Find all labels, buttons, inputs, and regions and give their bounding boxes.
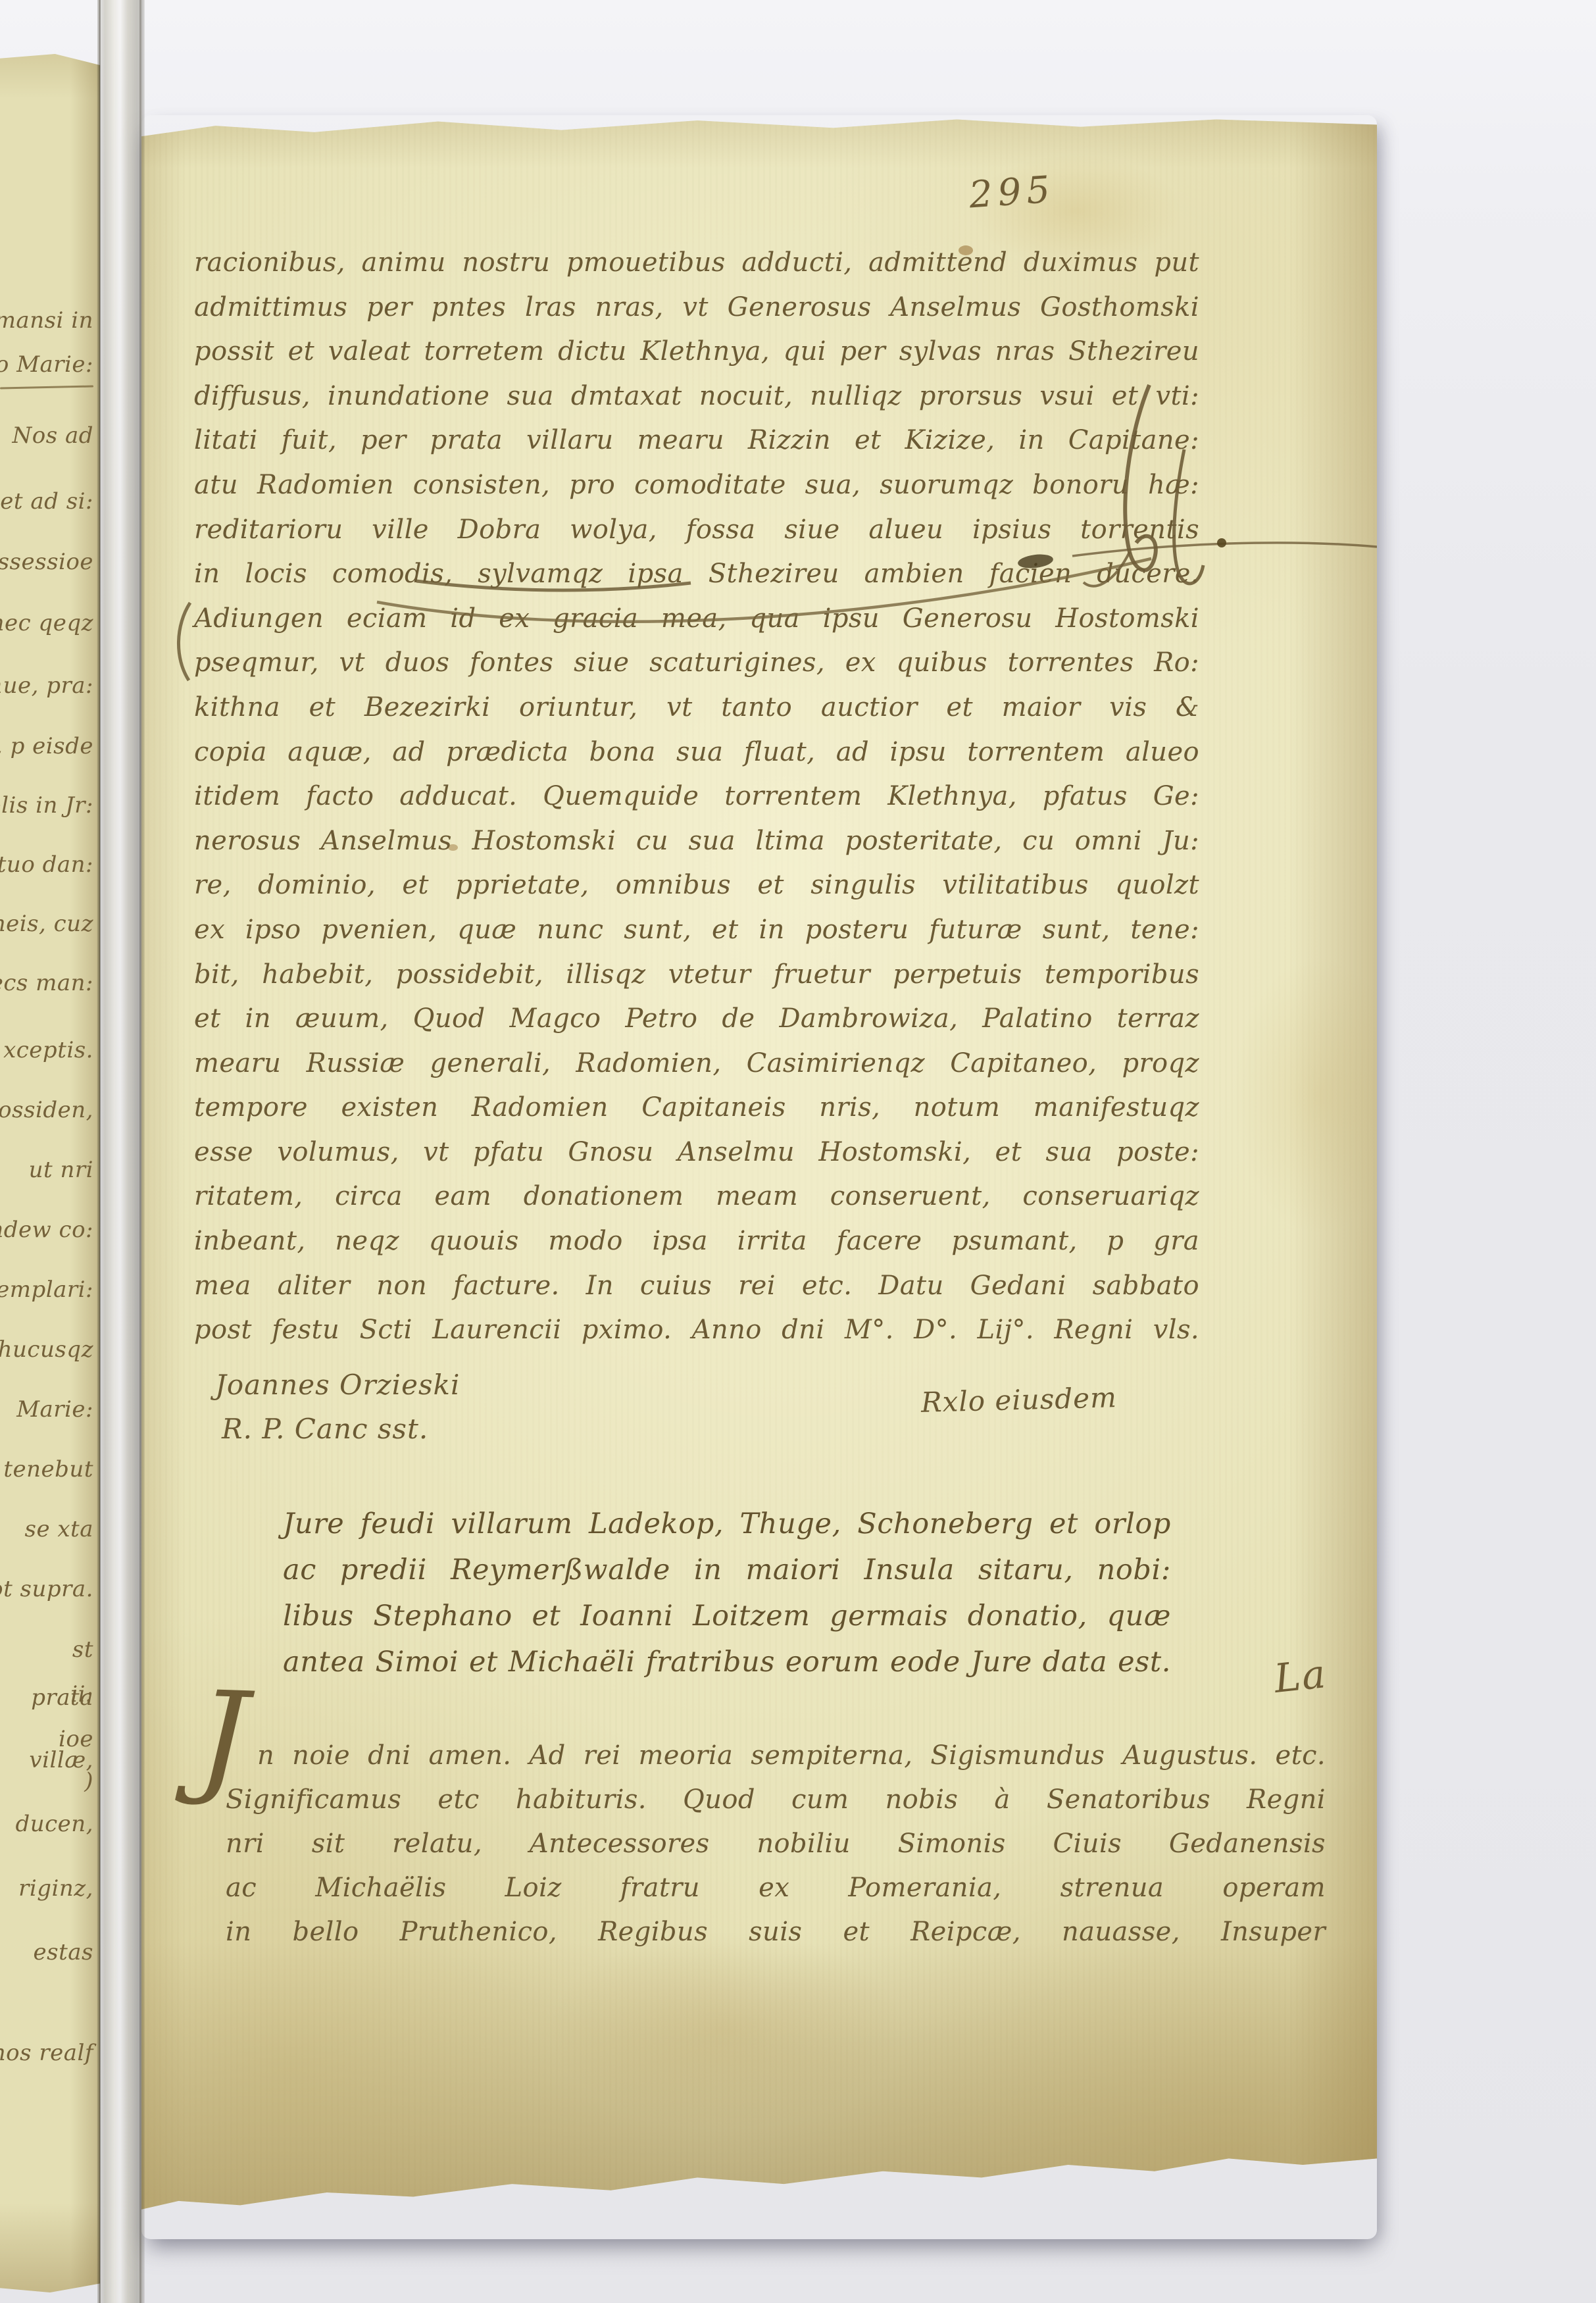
verso-fragment: st [72,1636,93,1663]
verso-fragment: tenebut [3,1456,93,1482]
charter-text-line: racionibus, animu nostru pmouetibus addu… [194,241,1199,286]
summary-heading-line: antea Simoi et Michaëli fratribus eorum … [283,1640,1171,1686]
verso-fragment: prata [31,1684,93,1711]
gutter-film-strip [97,0,145,2303]
verso-fragment: se xta [25,1516,94,1542]
verso-fragment: neis, cuz [0,911,93,937]
charter-loitz-text: n noie dni amen. Ad rei meoria sempitern… [226,1735,1326,1956]
film-edge-line [99,0,101,2303]
charter-text-line: itidem facto adducat. Quemquide torrente… [194,775,1199,820]
verso-fragment: estas [34,1939,93,1965]
previous-page-edge: mansi inmeo Marie:Nos adn et ad si:posse… [0,54,100,2292]
verso-fragment: w, p eisde [0,733,93,759]
charter-text-line: tempore existen Radomien Capitaneis nris… [194,1086,1199,1131]
scan-background: mansi inmeo Marie:Nos adn et ad si:posse… [0,0,1596,2303]
verso-fragment: Marie: [16,1396,93,1423]
charter-text-line: inbeant, neqz quouis modo ipsa irrita fa… [194,1220,1199,1265]
charter-text-line: copia aquæ, ad prædicta bona sua fluat, … [194,731,1199,776]
charter-text-line: et in æuum, Quod Magco Petro de Dambrowi… [194,998,1199,1042]
verso-fragment: ot supra. [0,1576,93,1602]
charter-text-line: re, dominio, et pprietate, omnibus et si… [194,864,1199,909]
verso-fragment: s hecs man: [0,970,93,996]
marginal-la-mark: La [1272,1651,1330,1702]
charter-text-line: nri sit relatu, Antecessores nobiliu Sim… [226,1823,1326,1867]
stain [1234,957,1405,1234]
scribe-signature: Joannes Orzieski [215,1369,460,1401]
charter-text-line: esse volumus, vt pfatu Gnosu Anselmu Hos… [194,1131,1199,1176]
verso-fragment: t possiden, [0,1097,93,1123]
summary-heading-line: libus Stephano et Ioanni Loitzem germais… [283,1594,1171,1640]
margin-bracket-icon [169,599,195,684]
verso-fragment: ppetuo dan: [0,851,93,878]
charter-text-line: ac Michaëlis Loiz fratru ex Pomerania, s… [226,1867,1326,1911]
verso-fragment: villæ, [29,1747,93,1773]
verso-fragment: hucusqz [0,1336,93,1363]
verso-fragment: ducen, [15,1811,93,1837]
folio-number: 295 [968,168,1057,217]
charter-text-line: kithna et Bezezirki oriuntur, vt tanto a… [194,686,1199,731]
verso-fragment: endew co: [0,1217,93,1243]
chancery-note: R. P. Canc sst. [222,1413,428,1445]
verso-underline [0,386,93,390]
verso-fragment: n et ad si: [0,488,93,515]
charter-text-line: mearu Russiæ generali, Radomien, Casimir… [194,1042,1199,1087]
charter-text-line: admittimus per pntes lras nras, vt Gener… [194,286,1199,331]
charter-text-line: Significamus etc habituris. Quod cum nob… [226,1779,1326,1823]
charter-text-line: in bello Pruthenico, Regibus suis et Rei… [226,1911,1326,1956]
marginal-flourish-icon [918,370,1377,597]
verso-fragment: emplari: [0,1277,93,1303]
charter-text-line: nerosus Anselmus Hostomski cu sua ltima … [194,820,1199,865]
stain [549,1931,905,2129]
summary-heading-line: Jure feudi villarum Ladekop, Thuge, Scho… [283,1502,1171,1548]
summary-heading: Jure feudi villarum Ladekop, Thuge, Scho… [283,1502,1171,1686]
verso-fragment: nec qeqz [0,610,93,636]
verso-fragment: d nos realf [0,2040,93,2066]
charter-text-line: bit, habebit, possidebit, illisqz vtetur… [194,953,1199,998]
relatio-note: Rxlo eiusdem [920,1381,1117,1419]
verso-fragment: olis in Jr: [0,792,93,819]
charter-text-line: post festu Scti Laurencii pximo. Anno dn… [194,1309,1199,1354]
charter-text-line: mea aliter non facture. In cuius rei etc… [194,1265,1199,1309]
summary-heading-line: ac predii Reymerßwalde in maiori Insula … [283,1548,1171,1594]
verso-fragment: riginz, [18,1875,93,1902]
verso-fragment: meo Marie: [0,351,93,378]
verso-fragment: ihue, pra: [0,672,93,699]
charter-text-line: ex ipso pvenien, quæ nunc sunt, et in po… [194,909,1199,953]
charter-text-line: possit et valeat torretem dictu Klethnya… [194,330,1199,375]
verso-fragment: mansi in [0,307,93,334]
manuscript-page: 295 racionibus, animu nostru pmouetibus … [141,115,1377,2239]
film-edge-line [139,0,141,2303]
verso-fragment: ut nri [29,1157,93,1183]
verso-fragment: Nos ad [12,422,93,449]
verso-fragment: possessioe [0,549,93,575]
verso-fragment: xceptis. [3,1037,93,1063]
charter-text-line: ritatem, circa eam donationem meam conse… [194,1175,1199,1220]
charter-text-line: n noie dni amen. Ad rei meoria sempitern… [226,1735,1326,1779]
